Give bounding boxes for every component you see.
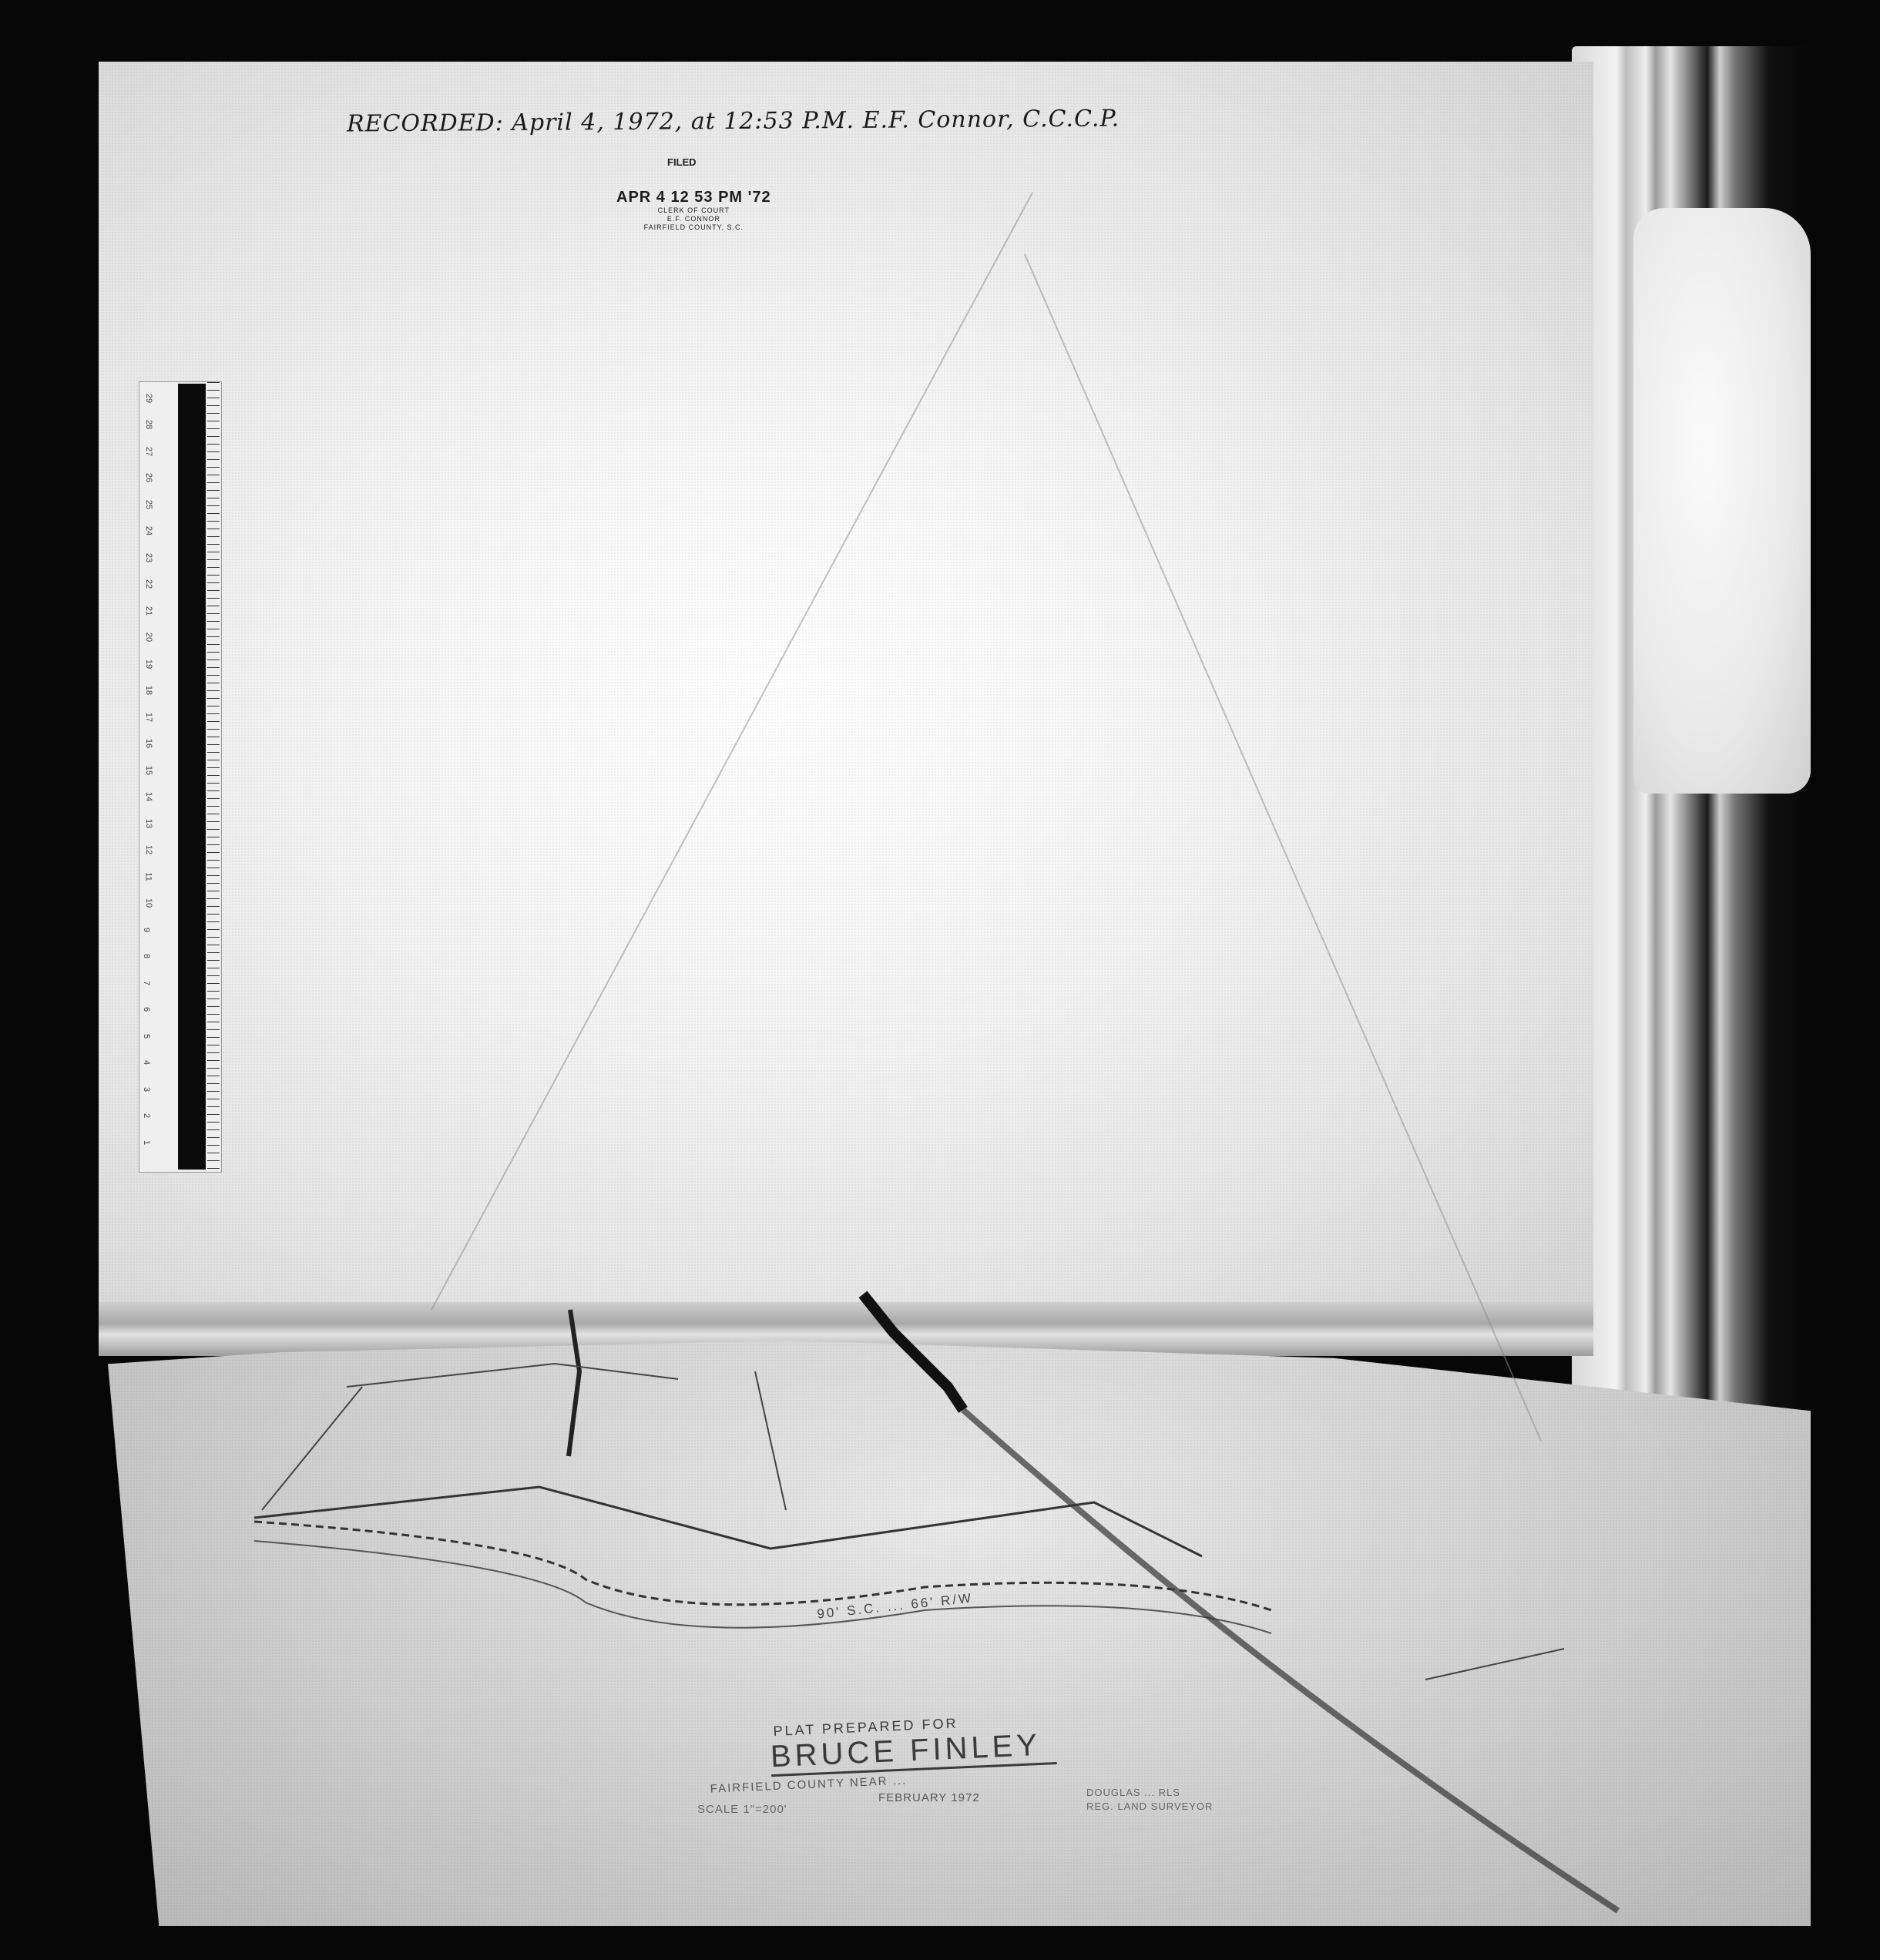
document-sheet	[99, 62, 1593, 1310]
stamp-line-3: FAIRFIELD COUNTY, S.C.	[616, 223, 771, 232]
ruler-label: 23	[144, 553, 153, 562]
ruler-label: 11	[144, 872, 153, 881]
plat-map-sheet	[108, 1341, 1811, 1926]
ruler-label: 15	[144, 766, 153, 775]
ruler-label: 7	[142, 981, 151, 985]
ruler-label: 13	[144, 819, 153, 828]
plat-scale: SCALE 1"=200'	[697, 1803, 787, 1816]
filed-label: FILED	[667, 156, 697, 168]
ruler-label: 5	[142, 1034, 151, 1039]
ruler-label: 24	[144, 526, 153, 535]
folded-page-flap	[1633, 208, 1811, 794]
ruler-label: 12	[144, 845, 153, 854]
ruler-label: 29	[144, 394, 153, 403]
recording-note: RECORDED: April 4, 1972, at 12:53 P.M. E…	[347, 105, 1120, 137]
ruler-label: 27	[144, 447, 153, 456]
ruler-label: 9	[142, 928, 151, 932]
surveyor-line-1: DOUGLAS ... RLS	[1086, 1786, 1213, 1800]
ruler-label: 2	[142, 1113, 151, 1118]
ruler-labels: 2928272625242322212019181716151413121110…	[143, 382, 173, 1172]
stamp-line-2: E.F. CONNOR	[616, 215, 771, 223]
ruler-label: 26	[144, 473, 153, 482]
surveyor-line-2: REG. LAND SURVEYOR	[1086, 1800, 1213, 1814]
ruler-label: 17	[144, 713, 153, 722]
ruler-label: 6	[142, 1007, 151, 1012]
ruler-label: 19	[144, 659, 153, 669]
stamp-line-1: CLERK OF COURT	[616, 206, 771, 215]
ruler-label: 1	[142, 1139, 151, 1144]
ruler-label: 28	[144, 420, 153, 429]
ruler-ticks	[207, 382, 220, 1172]
ruler-label: 14	[144, 792, 153, 801]
ruler-label: 8	[142, 954, 151, 958]
clerk-stamp: APR 4 12 53 PM '72 CLERK OF COURT E.F. C…	[616, 189, 771, 232]
ruler-label: 20	[144, 633, 153, 642]
ruler-label: 3	[142, 1086, 151, 1091]
plat-date: FEBRUARY 1972	[878, 1791, 980, 1804]
ruler-label: 10	[144, 898, 153, 908]
ruler-label: 4	[142, 1060, 151, 1065]
ruler-label: 16	[144, 739, 153, 748]
ruler-label: 25	[144, 500, 153, 509]
stamp-date-time: APR 4 12 53 PM '72	[616, 189, 771, 206]
ruler-black-bar	[178, 384, 206, 1170]
ruler-label: 21	[144, 606, 153, 616]
ruler-label: 18	[144, 686, 153, 695]
ruler-label: 22	[144, 579, 153, 589]
plat-surveyor: DOUGLAS ... RLS REG. LAND SURVEYOR	[1086, 1786, 1213, 1814]
measurement-ruler: 2928272625242322212019181716151413121110…	[139, 381, 222, 1173]
plat-title-block: PLAT PREPARED FOR BRUCE FINLEY FAIRFIELD…	[738, 1711, 1058, 1794]
